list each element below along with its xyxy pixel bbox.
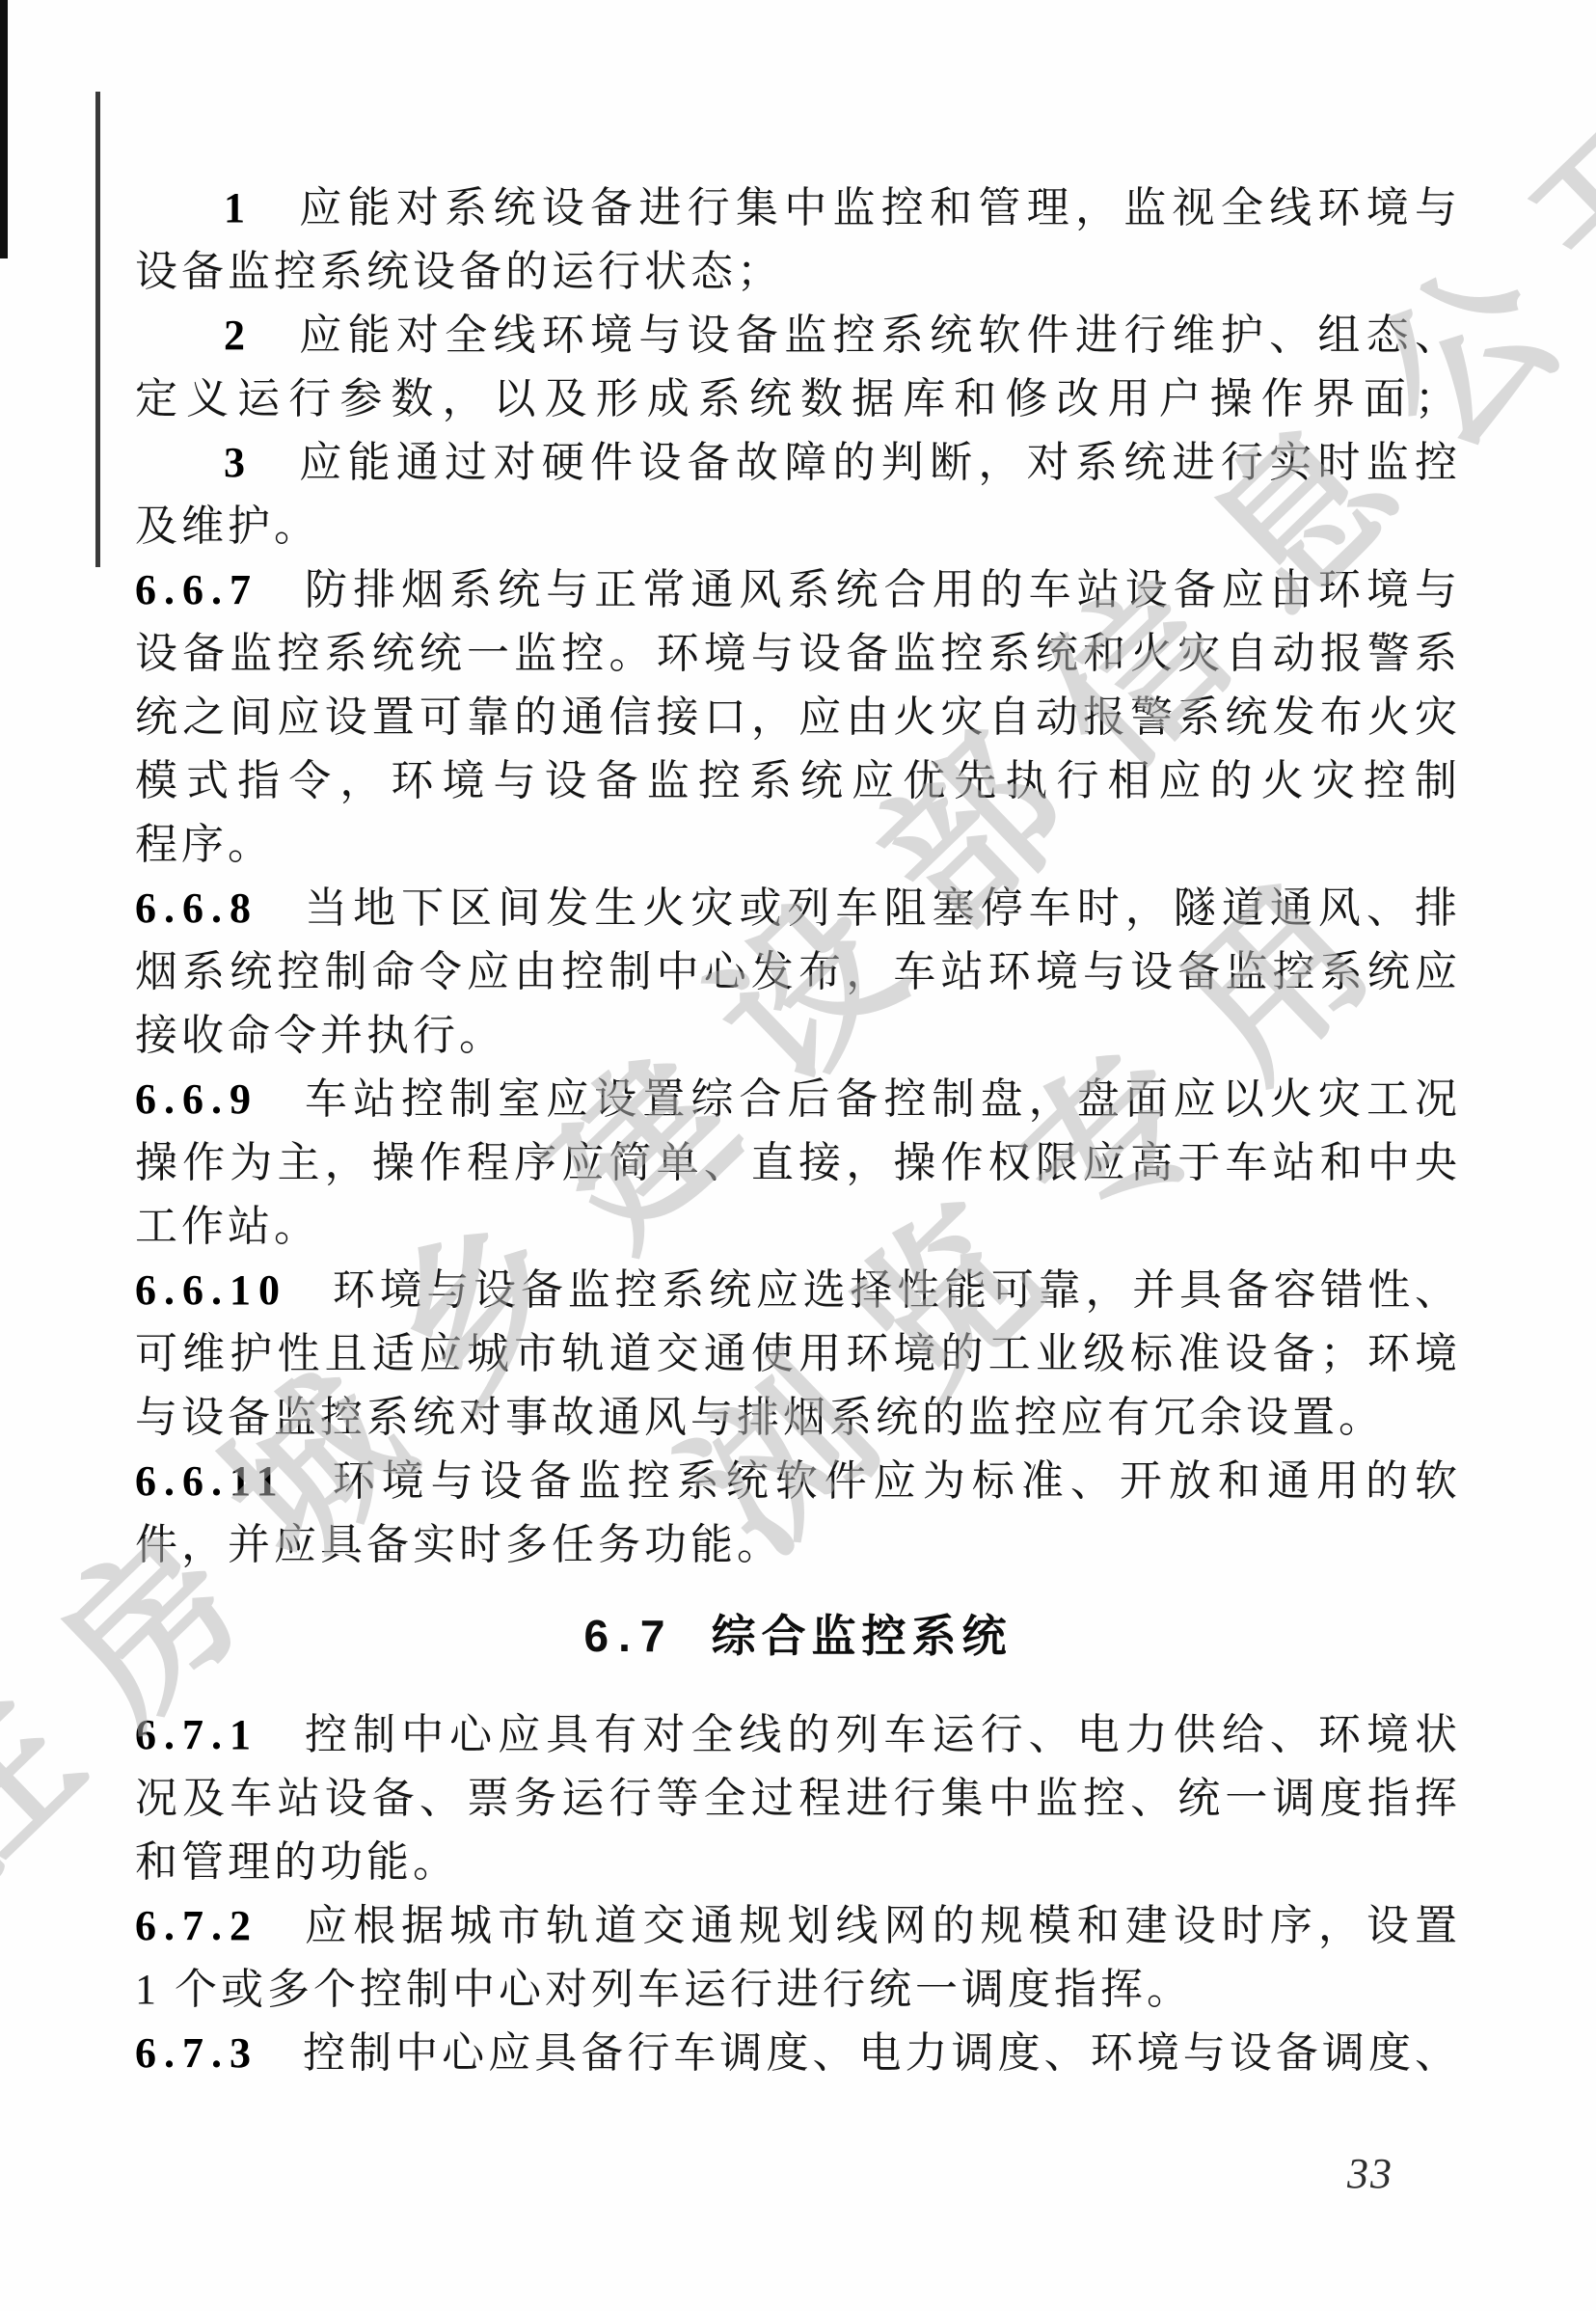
text-line: 统之间应设置可靠的通信接口，应由火灾自动报警系统发布火灾 (135, 686, 1461, 749)
text-line: 操作为主，操作程序应简单、直接，操作权限应高于车站和中央 (135, 1131, 1461, 1195)
text-line: 接收命令并执行。 (135, 1004, 1461, 1068)
line-text: 工作站。 (135, 1203, 320, 1250)
text-line: 设备监控系统设备的运行状态； (135, 240, 1461, 304)
section-heading-title: 综合监控系统 (711, 1611, 1012, 1661)
section-number: 2 (224, 312, 253, 359)
text-block-upper: 1应能对系统设备进行集中监控和管理，监视全线环境与设备监控系统设备的运行状态；2… (135, 177, 1461, 1577)
section-number: 6.6.8 (135, 884, 258, 932)
line-text: 和管理的功能。 (135, 1838, 459, 1886)
section-number: 6.6.11 (135, 1457, 285, 1505)
line-text: 应能对全线环境与设备监控系统软件进行维护、组态、 (297, 312, 1461, 359)
section-number: 6.6.7 (135, 566, 258, 613)
text-line: 6.6.11环境与设备监控系统软件应为标准、开放和通用的软 (135, 1450, 1461, 1513)
text-line: 可维护性且适应城市轨道交通使用环境的工业级标准设备；环境 (135, 1322, 1461, 1386)
text-line: 与设备监控系统对事故通风与排烟系统的监控应有冗余设置。 (135, 1386, 1461, 1450)
line-text: 操作为主，操作程序应简单、直接，操作权限应高于车站和中央 (135, 1139, 1461, 1186)
line-text: 应能通过对硬件设备故障的判断，对系统进行实时监控 (297, 439, 1461, 486)
section-heading-number: 6.7 (584, 1611, 675, 1661)
line-text: 及维护。 (135, 503, 320, 550)
text-block-lower: 6.7.1控制中心应具有对全线的列车运行、电力供给、环境状况及车站设备、票务运行… (135, 1703, 1461, 2085)
text-line: 2应能对全线环境与设备监控系统软件进行维护、组态、 (135, 304, 1461, 367)
section-heading: 6.7综合监控系统 (135, 1604, 1461, 1668)
section-number: 3 (224, 439, 253, 486)
text-line: 6.7.1控制中心应具有对全线的列车运行、电力供给、环境状 (135, 1703, 1461, 1767)
line-text: 设备监控系统统一监控。环境与设备监控系统和火灾自动报警系 (135, 630, 1461, 677)
line-text: 控制中心应具备行车调度、电力调度、环境与设备调度、 (303, 2029, 1461, 2077)
line-text: 设备监控系统设备的运行状态； (135, 248, 783, 295)
section-number: 6.6.10 (135, 1266, 287, 1314)
text-line: 6.7.2应根据城市轨道交通规划线网的规模和建设时序，设置 (135, 1894, 1461, 1958)
line-text: 程序。 (135, 821, 274, 868)
line-text: 统之间应设置可靠的通信接口，应由火灾自动报警系统发布火灾 (135, 693, 1461, 741)
text-line: 定义运行参数，以及形成系统数据库和修改用户操作界面； (135, 367, 1461, 431)
line-text: 防排烟系统与正常通风系统合用的车站设备应由环境与 (303, 566, 1461, 613)
line-text: 可维护性且适应城市轨道交通使用环境的工业级标准设备；环境 (135, 1330, 1461, 1377)
line-text: 控制中心应具有对全线的列车运行、电力供给、环境状 (303, 1711, 1461, 1758)
text-line: 件，并应具备实时多任务功能。 (135, 1513, 1461, 1577)
text-line: 6.6.7防排烟系统与正常通风系统合用的车站设备应由环境与 (135, 558, 1461, 622)
line-text: 况及车站设备、票务运行等全过程进行集中监控、统一调度指挥 (135, 1775, 1461, 1822)
line-text: 1 个或多个控制中心对列车运行进行统一调度指挥。 (135, 1966, 1193, 2013)
line-text: 应根据城市轨道交通规划线网的规模和建设时序，设置 (303, 1902, 1461, 1949)
line-text: 模式指令，环境与设备监控系统应优先执行相应的火灾控制 (135, 757, 1461, 804)
text-line: 及维护。 (135, 495, 1461, 558)
line-text: 接收命令并执行。 (135, 1012, 505, 1059)
text-line: 3应能通过对硬件设备故障的判断，对系统进行实时监控 (135, 431, 1461, 495)
line-text: 车站控制室应设置综合后备控制盘，盘面应以火灾工况 (303, 1075, 1461, 1123)
line-text: 当地下区间发生火灾或列车阻塞停车时，隧道通风、排 (303, 884, 1461, 932)
section-number: 6.7.2 (135, 1902, 258, 1949)
document-page: 住房城乡建设部信息公开 浏览专用 1应能对系统设备进行集中监控和管理，监视全线环… (0, 0, 1596, 2311)
text-line: 1应能对系统设备进行集中监控和管理，监视全线环境与 (135, 177, 1461, 240)
text-line: 程序。 (135, 813, 1461, 877)
text-line: 6.6.8当地下区间发生火灾或列车阻塞停车时，隧道通风、排 (135, 877, 1461, 940)
line-text: 件，并应具备实时多任务功能。 (135, 1521, 783, 1568)
text-line: 工作站。 (135, 1195, 1461, 1259)
section-number: 6.7.1 (135, 1711, 258, 1758)
text-line: 模式指令，环境与设备监控系统应优先执行相应的火灾控制 (135, 749, 1461, 813)
section-number: 6.6.9 (135, 1075, 258, 1123)
section-number: 1 (224, 184, 253, 231)
line-text: 烟系统控制命令应由控制中心发布，车站环境与设备监控系统应 (135, 948, 1461, 995)
text-line: 6.6.9车站控制室应设置综合后备控制盘，盘面应以火灾工况 (135, 1068, 1461, 1131)
text-line: 烟系统控制命令应由控制中心发布，车站环境与设备监控系统应 (135, 940, 1461, 1004)
line-text: 定义运行参数，以及形成系统数据库和修改用户操作界面； (135, 375, 1461, 422)
line-text: 与设备监控系统对事故通风与排烟系统的监控应有冗余设置。 (135, 1394, 1385, 1441)
text-line: 设备监控系统统一监控。环境与设备监控系统和火灾自动报警系 (135, 622, 1461, 686)
text-line: 6.7.3控制中心应具备行车调度、电力调度、环境与设备调度、 (135, 2022, 1461, 2085)
text-line: 和管理的功能。 (135, 1831, 1461, 1894)
line-text: 环境与设备监控系统软件应为标准、开放和通用的软 (330, 1457, 1461, 1505)
scan-artifact-corner-bar (0, 0, 8, 258)
line-text: 应能对系统设备进行集中监控和管理，监视全线环境与 (297, 184, 1461, 231)
section-number: 6.7.3 (135, 2029, 258, 2077)
text-line: 况及车站设备、票务运行等全过程进行集中监控、统一调度指挥 (135, 1767, 1461, 1831)
scan-artifact-vertical-line (95, 92, 100, 567)
text-line: 6.6.10环境与设备监控系统应选择性能可靠，并具备容错性、 (135, 1259, 1461, 1322)
line-text: 环境与设备监控系统应选择性能可靠，并具备容错性、 (332, 1266, 1461, 1314)
text-line: 1 个或多个控制中心对列车运行进行统一调度指挥。 (135, 1958, 1461, 2022)
page-number: 33 (1347, 2149, 1393, 2198)
